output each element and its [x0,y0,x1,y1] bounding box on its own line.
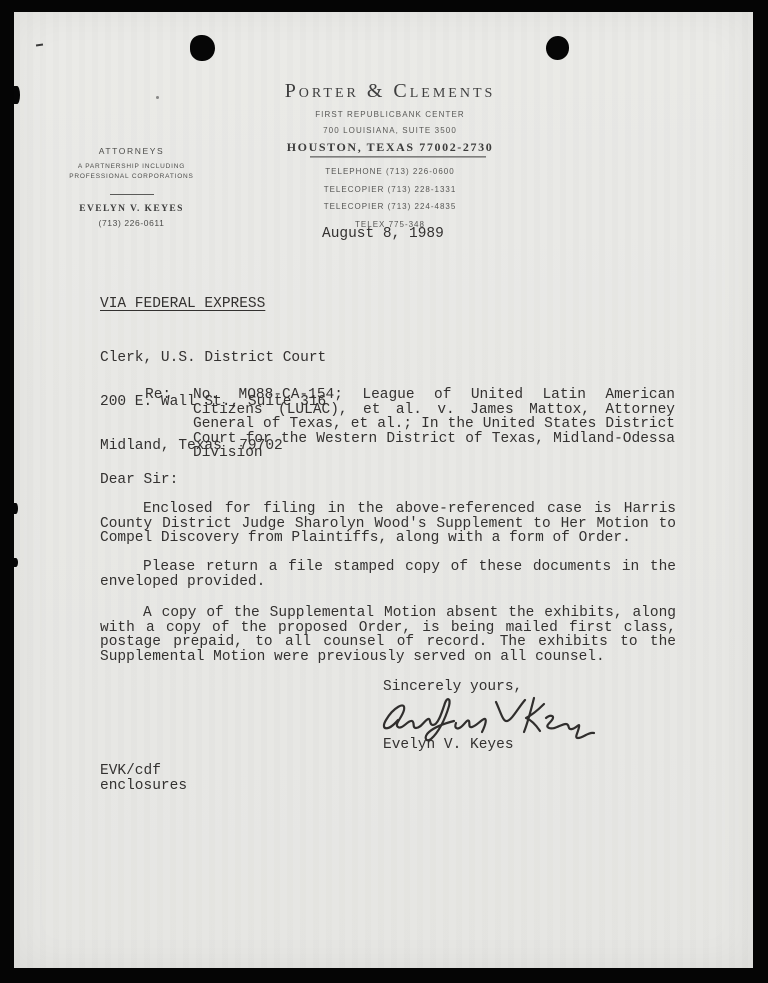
typist-initials: EVK/cdf [100,764,161,779]
handwritten-signature [368,688,598,743]
signer-name: Evelyn V. Keyes [383,738,514,753]
author-name: EVELYN V. KEYES [40,204,223,214]
re-label: Re: [145,388,171,403]
body-paragraph: Please return a file stamped copy of the… [100,560,676,589]
body-paragraph: A copy of the Supplemental Motion absent… [100,606,676,664]
attorneys-label: ATTORNEYS [40,146,223,156]
author-phone: (713) 226-0611 [40,218,223,228]
firm-name: Porter & Clements [214,80,566,103]
scan-artifact [156,96,159,99]
letterhead-divider [310,156,486,158]
scan-artifact [14,558,18,567]
partnership-line: A PARTNERSHIP INCLUDING [40,162,223,172]
firm-street: 700 LOUISIANA, SUITE 3500 [214,126,566,135]
re-subject: No. MO88-CA-154; League of United Latin … [193,388,675,461]
punch-hole-right [546,36,569,60]
delivery-method: VIA FEDERAL EXPRESS [100,297,265,312]
phone-line: TELEPHONE (713) 226-0600 [264,167,516,176]
phone-line: TELECOPIER (713) 228-1331 [264,185,516,194]
punch-hole-left [190,35,215,61]
scanned-letter-page: Porter & Clements FIRST REPUBLICBANK CEN… [0,0,768,983]
firm-building: FIRST REPUBLICBANK CENTER [214,110,566,119]
phone-line: TELECOPIER (713) 224-4835 [264,202,516,211]
scan-artifact [14,86,20,104]
partnership-note: A PARTNERSHIP INCLUDING PROFESSIONAL COR… [40,162,223,182]
recipient-line: Clerk, U.S. District Court [100,351,326,366]
body-paragraph: Enclosed for filing in the above-referen… [100,502,676,546]
letterhead-center: Porter & Clements FIRST REPUBLICBANK CEN… [214,80,566,155]
letterhead-left: ATTORNEYS A PARTNERSHIP INCLUDING PROFES… [40,146,223,228]
scan-artifact [14,503,18,514]
partnership-line: PROFESSIONAL CORPORATIONS [40,172,223,182]
firm-city: HOUSTON, TEXAS 77002-2730 [214,140,566,155]
salutation: Dear Sir: [100,473,178,488]
enclosure-note: enclosures [100,779,187,794]
letterhead-left-divider [110,194,154,195]
letter-date: August 8, 1989 [322,227,444,242]
